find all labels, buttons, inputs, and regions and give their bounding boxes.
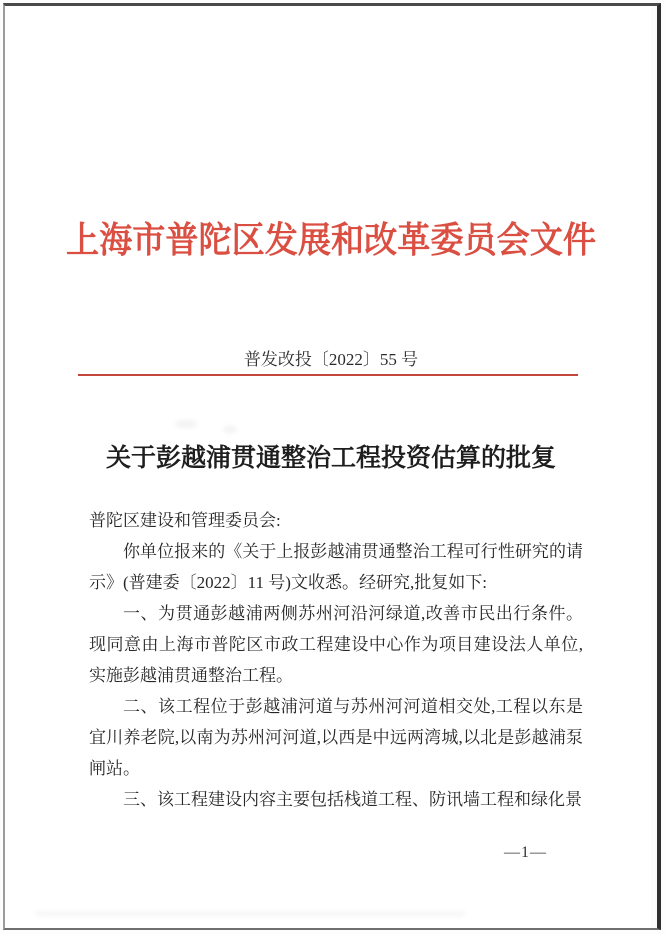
body-paragraph-3: 二、该工程位于彭越浦河道与苏州河河道相交处,工程以东是宜川养老院,以南为苏州河河… xyxy=(89,691,583,784)
body-paragraph-4: 三、该工程建设内容主要包括栈道工程、防讯墙工程和绿化景 xyxy=(89,784,583,815)
scan-artifact xyxy=(35,911,465,916)
body-paragraph-2: 一、为贯通彭越浦两侧苏州河沿河绿道,改善市民出行条件。现同意由上海市普陀区市政工… xyxy=(89,598,583,691)
document-body: 普陀区建设和管理委员会: 你单位报来的《关于上报彭越浦贯通整治工程可行性研究的请… xyxy=(89,505,583,815)
red-separator-line xyxy=(78,374,578,376)
recipient-line: 普陀区建设和管理委员会: xyxy=(89,505,583,536)
scan-artifact xyxy=(175,420,197,428)
document-sheet: 上海市普陀区发展和改革委员会文件 普发改投〔2022〕55 号 关于彭越浦贯通整… xyxy=(3,3,661,930)
document-number: 普发改投〔2022〕55 号 xyxy=(5,345,657,370)
scanned-document-page: 上海市普陀区发展和改革委员会文件 普发改投〔2022〕55 号 关于彭越浦贯通整… xyxy=(0,0,665,934)
scan-artifact xyxy=(223,426,237,433)
page-number: —1— xyxy=(5,844,547,862)
document-title: 关于彭越浦贯通整治工程投资估算的批复 xyxy=(5,438,657,474)
body-paragraph-1: 你单位报来的《关于上报彭越浦贯通整治工程可行性研究的请示》(普建委〔2022〕1… xyxy=(89,536,583,598)
agency-letterhead: 上海市普陀区发展和改革委员会文件 xyxy=(31,212,631,263)
